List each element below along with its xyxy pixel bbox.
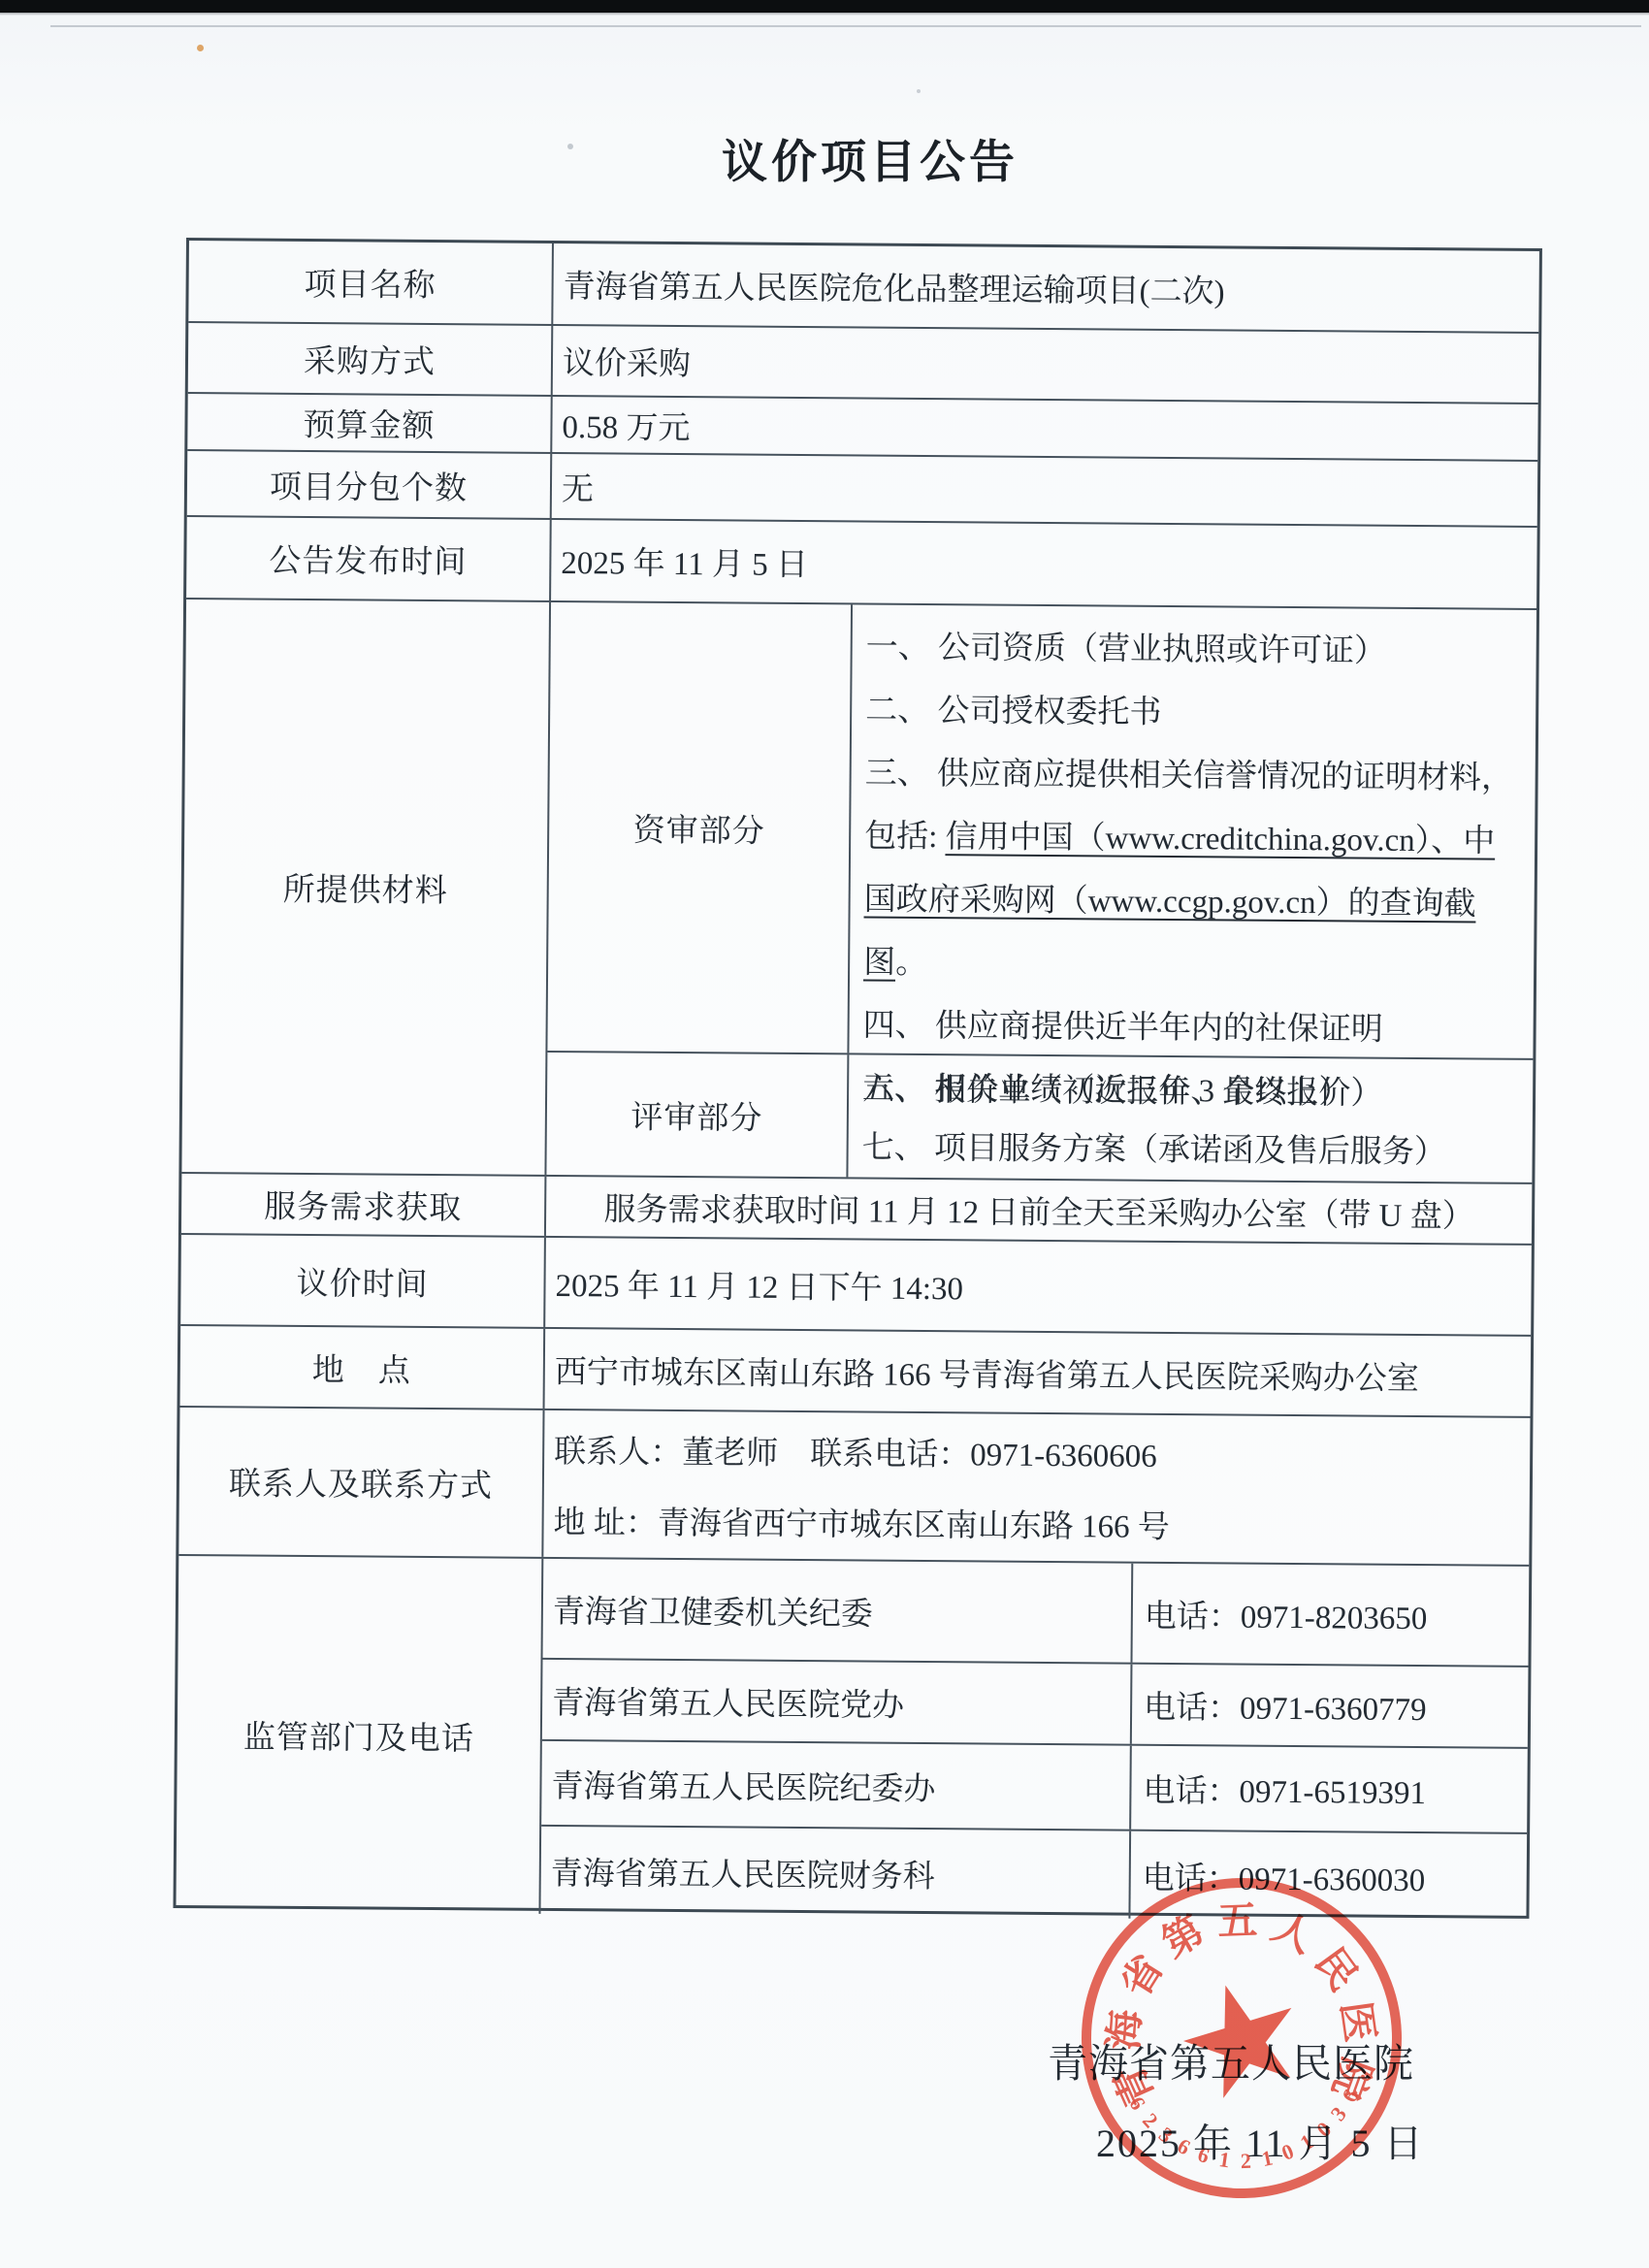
row-label: 项目分包个数 [187, 451, 553, 518]
row-label: 预算金额 [187, 394, 552, 452]
row-value: 服务需求获取时间 11 月 12 日前全天至采购办公室（带 U 盘） [546, 1177, 1532, 1244]
material-item-3: 三、 供应商应提供相关信誉情况的证明材料，包括: 信用中国（www.credit… [863, 743, 1526, 1000]
scan-speck [917, 89, 921, 93]
review-items: 六、 报价单（初次报价、最终报价） 七、 项目服务方案（承诺函及售后服务） [848, 1054, 1533, 1183]
row-label: 监管部门及电话 [176, 1556, 543, 1914]
table-row-procurement-method: 采购方式 议价采购 [188, 323, 1539, 405]
scanner-edge-strip [0, 0, 1649, 13]
seal-code-digit: 2 [1235, 2149, 1257, 2175]
row-label: 地 点 [180, 1326, 546, 1409]
seal-ring-char: 海 [1101, 2006, 1148, 2054]
row-value: 2025 年 11 月 12 日下午 14:30 [545, 1238, 1532, 1335]
supervision-dept: 青海省第五人民医院党办 [542, 1660, 1133, 1744]
supervision-phone: 电话：0971-8203650 [1132, 1564, 1529, 1666]
table-row-project-name: 项目名称 青海省第五人民医院危化品整理运输项目(二次) [188, 241, 1539, 334]
supervision-dept: 青海省卫健委机关纪委 [543, 1559, 1134, 1663]
materials-subcolumn: 资审部分 一、 公司资质（营业执照或许可证） 二、 公司授权委托书 三、 供应商… [546, 602, 1536, 1183]
row-label: 采购方式 [188, 323, 554, 395]
row-value: 无 [552, 454, 1537, 526]
scanned-document-page: { "page": { "title": "议价项目公告" }, "table"… [0, 0, 1649, 2268]
scan-speck [197, 45, 204, 51]
table-row-subpackages: 项目分包个数 无 [187, 451, 1537, 528]
table-row-publish-date: 公告发布时间 2025 年 11 月 5 日 [186, 517, 1537, 610]
supervision-row: 青海省第五人民医院党办 电话：0971-6360779 [542, 1658, 1529, 1747]
supervision-dept: 青海省第五人民医院纪委办 [541, 1741, 1132, 1830]
table-row-materials: 所提供材料 资审部分 一、 公司资质（营业执照或许可证） 二、 公司授权委托书 … [181, 599, 1536, 1184]
qualification-subrow: 资审部分 一、 公司资质（营业执照或许可证） 二、 公司授权委托书 三、 供应商… [547, 602, 1536, 1058]
document-title: 议价项目公告 [722, 126, 1018, 191]
material-item-6: 六、 报价单（初次报价、最终报价） [862, 1061, 1523, 1124]
table-row-contact: 联系人及联系方式 联系人：董老师 联系电话：0971-6360606 地 址：青… [178, 1408, 1530, 1567]
supervision-row: 青海省卫健委机关纪委 电话：0971-8203650 [543, 1559, 1530, 1666]
row-label: 公告发布时间 [186, 517, 552, 600]
table-row-service-requirement: 服务需求获取 服务需求获取时间 11 月 12 日前全天至采购办公室（带 U 盘… [181, 1174, 1532, 1246]
supervision-subcolumn: 青海省卫健委机关纪委 电话：0971-8203650 青海省第五人民医院党办 电… [540, 1559, 1529, 1922]
material-item-4: 四、 供应商提供近半年内的社保证明 [862, 995, 1523, 1063]
supervision-row: 青海省第五人民医院纪委办 电话：0971-6519391 [541, 1739, 1528, 1832]
contact-info: 联系人：董老师 联系电话：0971-6360606 地 址：青海省西宁市城东区南… [543, 1410, 1530, 1565]
row-value: 0.58 万元 [552, 397, 1537, 460]
table-row-negotiation-time: 议价时间 2025 年 11 月 12 日下午 14:30 [180, 1235, 1532, 1337]
material-item-3-underlined-text: 信用中国（www.creditchina.gov.cn）、中国政府采购网（www… [863, 820, 1495, 981]
announcement-table: 项目名称 青海省第五人民医院危化品整理运输项目(二次) 采购方式 议价采购 预算… [173, 238, 1541, 1919]
scan-fold-line [50, 25, 1641, 27]
row-value: 青海省第五人民医院危化品整理运输项目(二次) [553, 243, 1539, 332]
row-value: 议价采购 [553, 326, 1539, 403]
material-item-7: 七、 项目服务方案（承诺函及售后服务） [861, 1119, 1522, 1183]
qualification-label: 资审部分 [547, 602, 853, 1053]
row-value: 2025 年 11 月 5 日 [551, 520, 1537, 608]
row-label: 所提供材料 [181, 599, 551, 1175]
contact-person-line: 联系人：董老师 联系电话：0971-6360606 [554, 1426, 1530, 1479]
material-item-3-period: 。 [895, 946, 927, 981]
review-subrow: 评审部分 六、 报价单（初次报价、最终报价） 七、 项目服务方案（承诺函及售后服… [546, 1051, 1533, 1183]
material-item-2: 二、 公司授权委托书 [865, 680, 1526, 748]
contact-address-line: 地 址：青海省西宁市城东区南山东路 166 号 [553, 1497, 1529, 1550]
row-label: 项目名称 [188, 241, 554, 324]
seal-ring-char: 医 [1333, 1996, 1383, 2047]
seal-ring-char: 五 [1214, 1897, 1261, 1944]
row-value: 西宁市城东区南山东路 166 号青海省第五人民医院采购办公室 [545, 1329, 1532, 1416]
official-seal: ★ 青海省第五人民医院 6301012166326 [1076, 1872, 1406, 2203]
supervision-phone: 电话：0971-6360779 [1132, 1665, 1529, 1747]
qualification-items: 一、 公司资质（营业执照或许可证） 二、 公司授权委托书 三、 供应商应提供相关… [849, 604, 1536, 1058]
row-label: 联系人及联系方式 [178, 1408, 544, 1557]
supervision-dept: 青海省第五人民医院财务科 [540, 1827, 1131, 1919]
material-item-1: 一、 公司资质（营业执照或许可证） [865, 617, 1526, 685]
row-label: 议价时间 [180, 1235, 546, 1327]
row-label: 服务需求获取 [181, 1174, 546, 1236]
supervision-phone: 电话：0971-6519391 [1131, 1746, 1528, 1832]
table-row-budget: 预算金额 0.58 万元 [187, 394, 1537, 462]
review-label: 评审部分 [546, 1053, 849, 1177]
scan-speck [567, 144, 573, 149]
table-row-location: 地 点 西宁市城东区南山东路 166 号青海省第五人民医院采购办公室 [180, 1326, 1532, 1418]
